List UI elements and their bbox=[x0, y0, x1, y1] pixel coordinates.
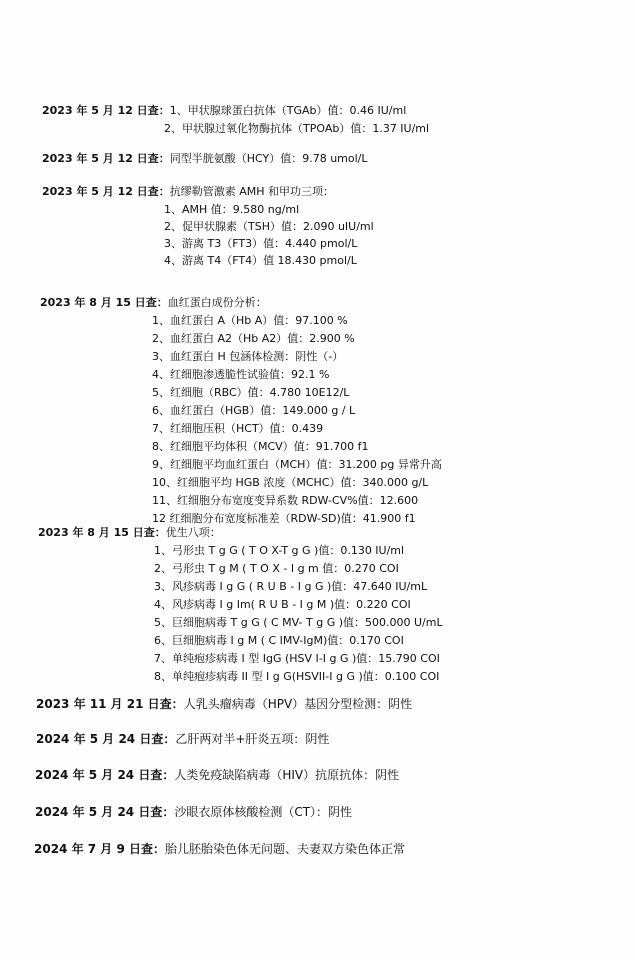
entry-item: 3、血红蛋白 H 包涵体检测：阴性（-） bbox=[152, 348, 343, 366]
entry-title: 人乳头瘤病毒（HPV）基因分型检测：阴性 bbox=[184, 697, 412, 711]
entry-item: 6、巨细胞病毒 I g M ( C IMV-IgM)值：0.170 COI bbox=[154, 632, 404, 650]
entry-date: 2024 年 5 月 24 日查： bbox=[35, 805, 174, 819]
entry-item: 4、风疹病毒 I g Im( R U B - I g M )值：0.220 CO… bbox=[154, 596, 411, 614]
entry-date: 2024 年 5 月 24 日查： bbox=[36, 732, 175, 746]
entry-date: 2023 年 5 月 12 日查： bbox=[42, 152, 170, 165]
entry-date: 2023 年 8 月 15 日查： bbox=[40, 296, 168, 309]
entry-item: 7、单纯疱疹病毒 I 型 IgG (HSV I-I g G )值：15.790 … bbox=[154, 650, 440, 668]
entry-item: 1、血红蛋白 A（Hb A）值：97.100 % bbox=[152, 312, 348, 330]
entry-date: 2023 年 11 月 21 日查： bbox=[36, 697, 184, 711]
entry-date: 2023 年 5 月 12 日查： bbox=[42, 104, 170, 117]
entry-hemoglobin-analysis: 2023 年 8 月 15 日查：血红蛋白成份分析： bbox=[40, 294, 267, 312]
entry-title: 沙眼衣原体核酸检测（CT）：阴性 bbox=[174, 805, 352, 819]
entry-item: 10、红细胞平均 HGB 浓度（MCHC）值：340.000 g/L bbox=[152, 474, 428, 492]
entry-item: 1、弓形虫 T g G ( T O X-T g G )值：0.130 IU/ml bbox=[154, 542, 404, 560]
entry-item: 3、游离 T3（FT3）值：4.440 pmol/L bbox=[164, 235, 357, 253]
entry-thyroid-antibodies: 2023 年 5 月 12 日查：1、甲状腺球蛋白抗体（TGAb）值：0.46 … bbox=[42, 102, 406, 120]
entry-torch-panel: 2023 年 8 月 15 日查：优生八项： bbox=[38, 524, 221, 542]
entry-item: 1、AMH 值：9.580 ng/ml bbox=[164, 201, 299, 219]
entry-item: 5、红细胞（RBC）值：4.780 10E12/L bbox=[152, 384, 349, 402]
entry-date: 2024 年 7 月 9 日查： bbox=[34, 842, 165, 856]
entry-title: 胎儿胚胎染色体无问题、夫妻双方染色体正常 bbox=[165, 842, 405, 856]
entry-title: 优生八项： bbox=[166, 526, 221, 539]
entry-item: 8、红细胞平均体积（MCV）值：91.700 f1 bbox=[152, 438, 369, 456]
entry-item: 9、红细胞平均血红蛋白（MCH）值：31.200 pg 异常升高 bbox=[152, 456, 442, 474]
entry-title: 同型半胱氨酸（HCY）值：9.78 umol/L bbox=[170, 152, 368, 165]
entry-item: 5、巨细胞病毒 T g G ( C MV- T g G )值：500.000 U… bbox=[154, 614, 443, 632]
entry-title: 血红蛋白成份分析： bbox=[168, 296, 267, 309]
entry-date: 2023 年 8 月 15 日查： bbox=[38, 526, 166, 539]
entry-hcy: 2023 年 5 月 12 日查：同型半胱氨酸（HCY）值：9.78 umol/… bbox=[42, 150, 368, 168]
entry-item: 4、红细胞渗透脆性试验值：92.1 % bbox=[152, 366, 329, 384]
entry-item: 11、红细胞分布宽度变异系数 RDW-CV%值：12.600 bbox=[152, 492, 418, 510]
entry-chromosome: 2024 年 7 月 9 日查：胎儿胚胎染色体无问题、夫妻双方染色体正常 bbox=[34, 840, 405, 859]
entry-item: 2、弓形虫 T g M ( T O X - I g m 值：0.270 COI bbox=[154, 560, 399, 578]
entry-title: 抗缪勒管激素 AMH 和甲功三项： bbox=[170, 185, 334, 198]
entry-item: 2、血红蛋白 A2（Hb A2）值：2.900 % bbox=[152, 330, 355, 348]
entry-hepatitis: 2024 年 5 月 24 日查：乙肝两对半+肝炎五项：阴性 bbox=[36, 730, 329, 749]
entry-title: 乙肝两对半+肝炎五项：阴性 bbox=[175, 732, 329, 746]
entry-item: 4、游离 T4（FT4）值 18.430 pmol/L bbox=[164, 252, 357, 270]
entry-item: 8、单纯疱疹病毒 II 型 I g G(HSVII-I g G )值：0.100… bbox=[154, 668, 439, 686]
entry-date: 2023 年 5 月 12 日查： bbox=[42, 185, 170, 198]
entry-chlamydia: 2024 年 5 月 24 日查：沙眼衣原体核酸检测（CT）：阴性 bbox=[35, 803, 352, 822]
entry-item: 6、血红蛋白（HGB）值：149.000 g / L bbox=[152, 402, 355, 420]
entry-title: 人类免疫缺陷病毒（HIV）抗原抗体：阴性 bbox=[174, 768, 399, 782]
entry-hiv: 2024 年 5 月 24 日查：人类免疫缺陷病毒（HIV）抗原抗体：阴性 bbox=[35, 766, 399, 785]
entry-item: 1、甲状腺球蛋白抗体（TGAb）值：0.46 IU/ml bbox=[170, 104, 407, 117]
document-page: 2023 年 5 月 12 日查：1、甲状腺球蛋白抗体（TGAb）值：0.46 … bbox=[0, 0, 635, 960]
entry-amh-thyroid: 2023 年 5 月 12 日查：抗缪勒管激素 AMH 和甲功三项： bbox=[42, 183, 334, 201]
entry-date: 2024 年 5 月 24 日查： bbox=[35, 768, 174, 782]
entry-item: 2、甲状腺过氧化物酶抗体（TPOAb）值：1.37 IU/ml bbox=[164, 120, 429, 138]
entry-hpv: 2023 年 11 月 21 日查：人乳头瘤病毒（HPV）基因分型检测：阴性 bbox=[36, 695, 412, 714]
entry-item: 7、红细胞压积（HCT）值：0.439 bbox=[152, 420, 323, 438]
entry-item: 2、促甲状腺素（TSH）值：2.090 uIU/ml bbox=[164, 218, 374, 236]
entry-item: 3、风疹病毒 I g G ( R U B - I g G )值：47.640 I… bbox=[154, 578, 427, 596]
